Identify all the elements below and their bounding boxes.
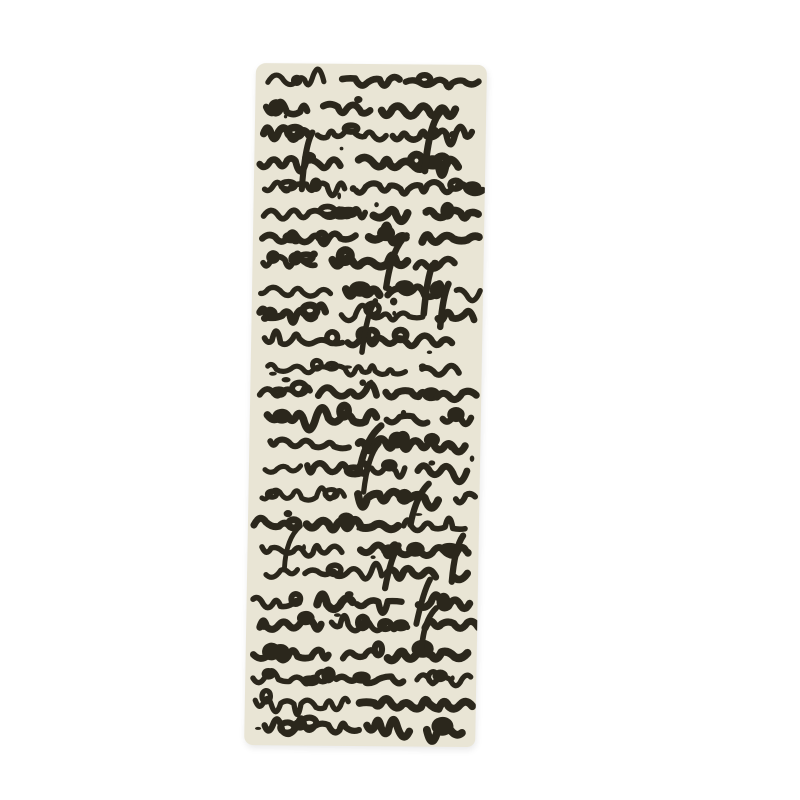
rug-runner xyxy=(244,63,487,747)
rug-script-pattern xyxy=(244,63,487,747)
product-photo-canvas xyxy=(0,0,800,800)
